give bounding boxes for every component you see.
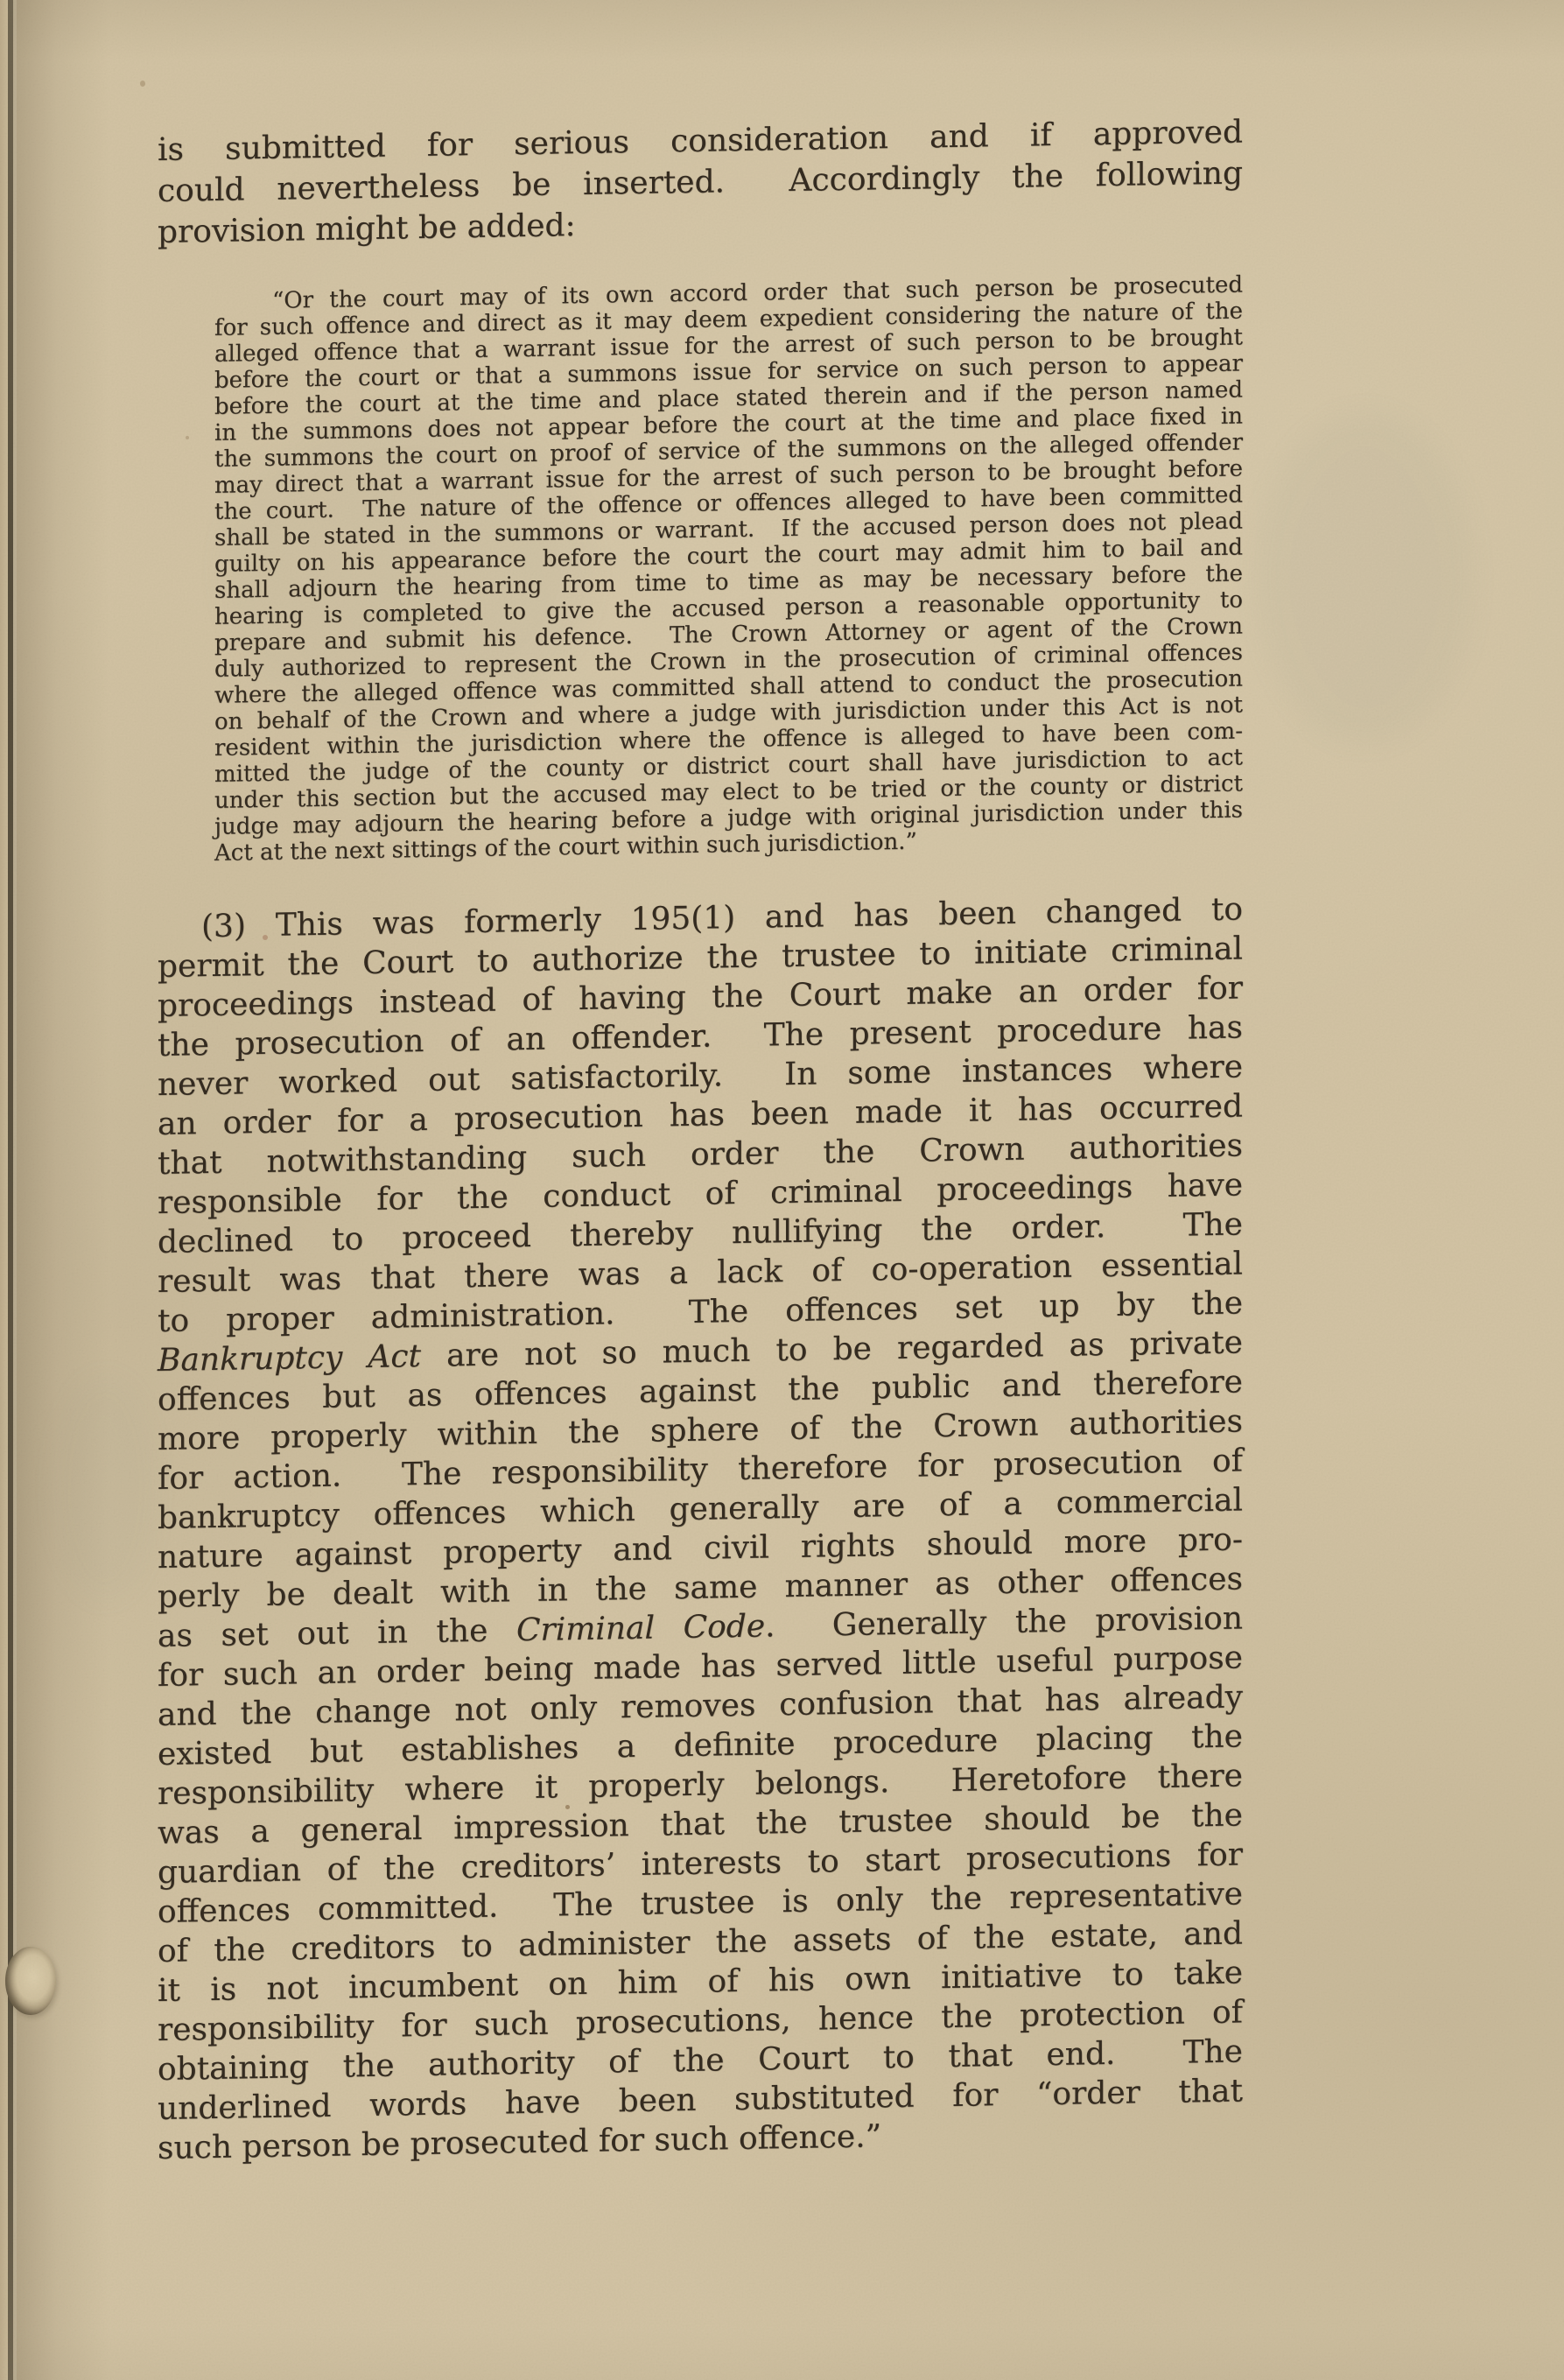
binding-shadow <box>13 0 109 2380</box>
page-text: is submitted for serious consideration a… <box>158 111 1243 2168</box>
intro-paragraph: is submitted for serious consideration a… <box>158 111 1243 253</box>
paper-speck <box>140 81 145 87</box>
show-through-smudge <box>1256 411 1475 744</box>
page-binding-edge <box>0 0 8 2380</box>
paper-knot-flaw <box>5 1947 56 2015</box>
commentary-paragraph: (3) This was formerly 195(1) and has bee… <box>158 889 1243 2168</box>
scanned-book-page: is submitted for serious consideration a… <box>0 0 1564 2380</box>
quoted-provision: “Or the court may of its own accord orde… <box>214 271 1243 866</box>
